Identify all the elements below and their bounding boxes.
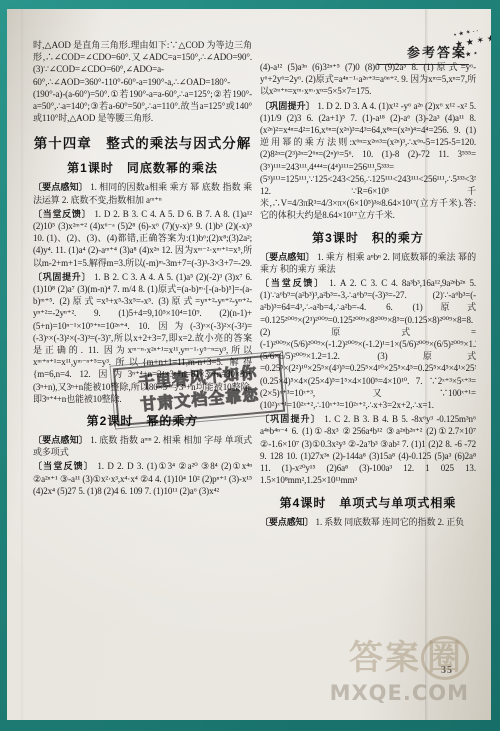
answer-section-label: 〔巩固提升〕: [260, 101, 315, 111]
answer-section-label: 〔当堂反馈〕: [33, 461, 94, 471]
answer-paragraph: 〔要点感知〕 1. 系数 同底数幂 连同它的指数 2. 正负: [260, 516, 476, 528]
answer-section-label: 〔要点感知〕: [33, 182, 88, 192]
answer-paragraph: 〔巩固提升〕 1. D 2. D 3. A 4. (1)x¹² -y⁶ a²ⁿ …: [260, 100, 476, 222]
lesson-title: 第3课时 积的乘方: [260, 231, 476, 245]
stars-icon: ٭ ★ ✶ ˗ ˗ ★ ★ ✶ ★ ٭ ✶ ★ ٭: [453, 21, 491, 63]
answer-paragraph: 〔当堂反馈〕 1. D 2. D 3. (1)①3⁴ ②a²⁰ ③8⁴ (2)①…: [33, 460, 252, 497]
chapter-title: 第十四章 整式的乘法与因式分解: [33, 136, 252, 152]
answer-column-right: (4)-a¹² (5)a³ⁿ (6)3²ⁿ⁺⁵ (7)0 (8)0 (9)2a⁵…: [260, 61, 476, 681]
page-crease-line: [21, 9, 24, 720]
answer-section-label: 〔当堂反馈〕: [260, 278, 325, 288]
answer-section-label: 〔要点感知〕: [33, 435, 88, 445]
answer-paragraph: (4)-a¹² (5)a³ⁿ (6)3²ⁿ⁺⁵ (7)0 (8)0 (9)2a⁵…: [260, 61, 476, 98]
site-watermark: MXQE.COM: [330, 680, 469, 706]
paper-background: 参考答案 ٭ ★ ✶ ˗ ˗ ★ ★ ✶ ★ ٭ ✶ ★ ٭ 时,△AOD 是直…: [7, 9, 491, 720]
answer-section-label: 〔当堂反馈〕: [33, 209, 91, 219]
scanned-answer-page: { "accent_colors": { "frame_teal": "#1f8…: [0, 0, 500, 731]
answer-paragraph: 〔巩固提升〕 1. C 2. B 3. B 4. B 5. -8x⁶y³ -0.…: [260, 413, 476, 486]
page-number: 35: [441, 665, 453, 676]
answer-section-label: 〔巩固提升〕: [33, 272, 91, 282]
answer-paragraph: 〔要点感知〕 1. 相同的因数a相乘 乘方 幂 底数 指数 乘法运算 2. 底数…: [33, 181, 252, 205]
answer-paragraph: 〔当堂反馈〕 1. A 2. C 3. C 4. 8a³b³,16a¹²,9a²…: [260, 277, 476, 411]
answer-paragraph: 〔当堂反馈〕 1. D 2. B 3. C 4. A 5. D 6. B 7. …: [33, 208, 252, 269]
answer-section-label: 〔要点感知〕: [260, 517, 313, 527]
lesson-title: 第1课时 同底数幂的乘法: [33, 161, 252, 175]
answer-paragraph: 〔要点感知〕 1. 乘方 相乘 aⁿbⁿ 2. 同底数幂的乘法 幂的乘方 积的乘…: [260, 251, 476, 275]
answer-section-label: 〔要点感知〕: [260, 252, 315, 262]
answer-section-label: 〔巩固提升〕: [260, 414, 321, 424]
answer-paragraph: 〔要点感知〕 1. 底数 指数 aᵐⁿ 2. 相乘 相加 字母 单项式或多项式: [33, 434, 252, 458]
answer-paragraph: 时,△AOD 是直角三角形.理由如下:∵△COD 为等边三角形,∴∠COD=∠C…: [33, 39, 252, 124]
lesson-title: 第4课时 单项式与单项式相乘: [260, 496, 476, 510]
